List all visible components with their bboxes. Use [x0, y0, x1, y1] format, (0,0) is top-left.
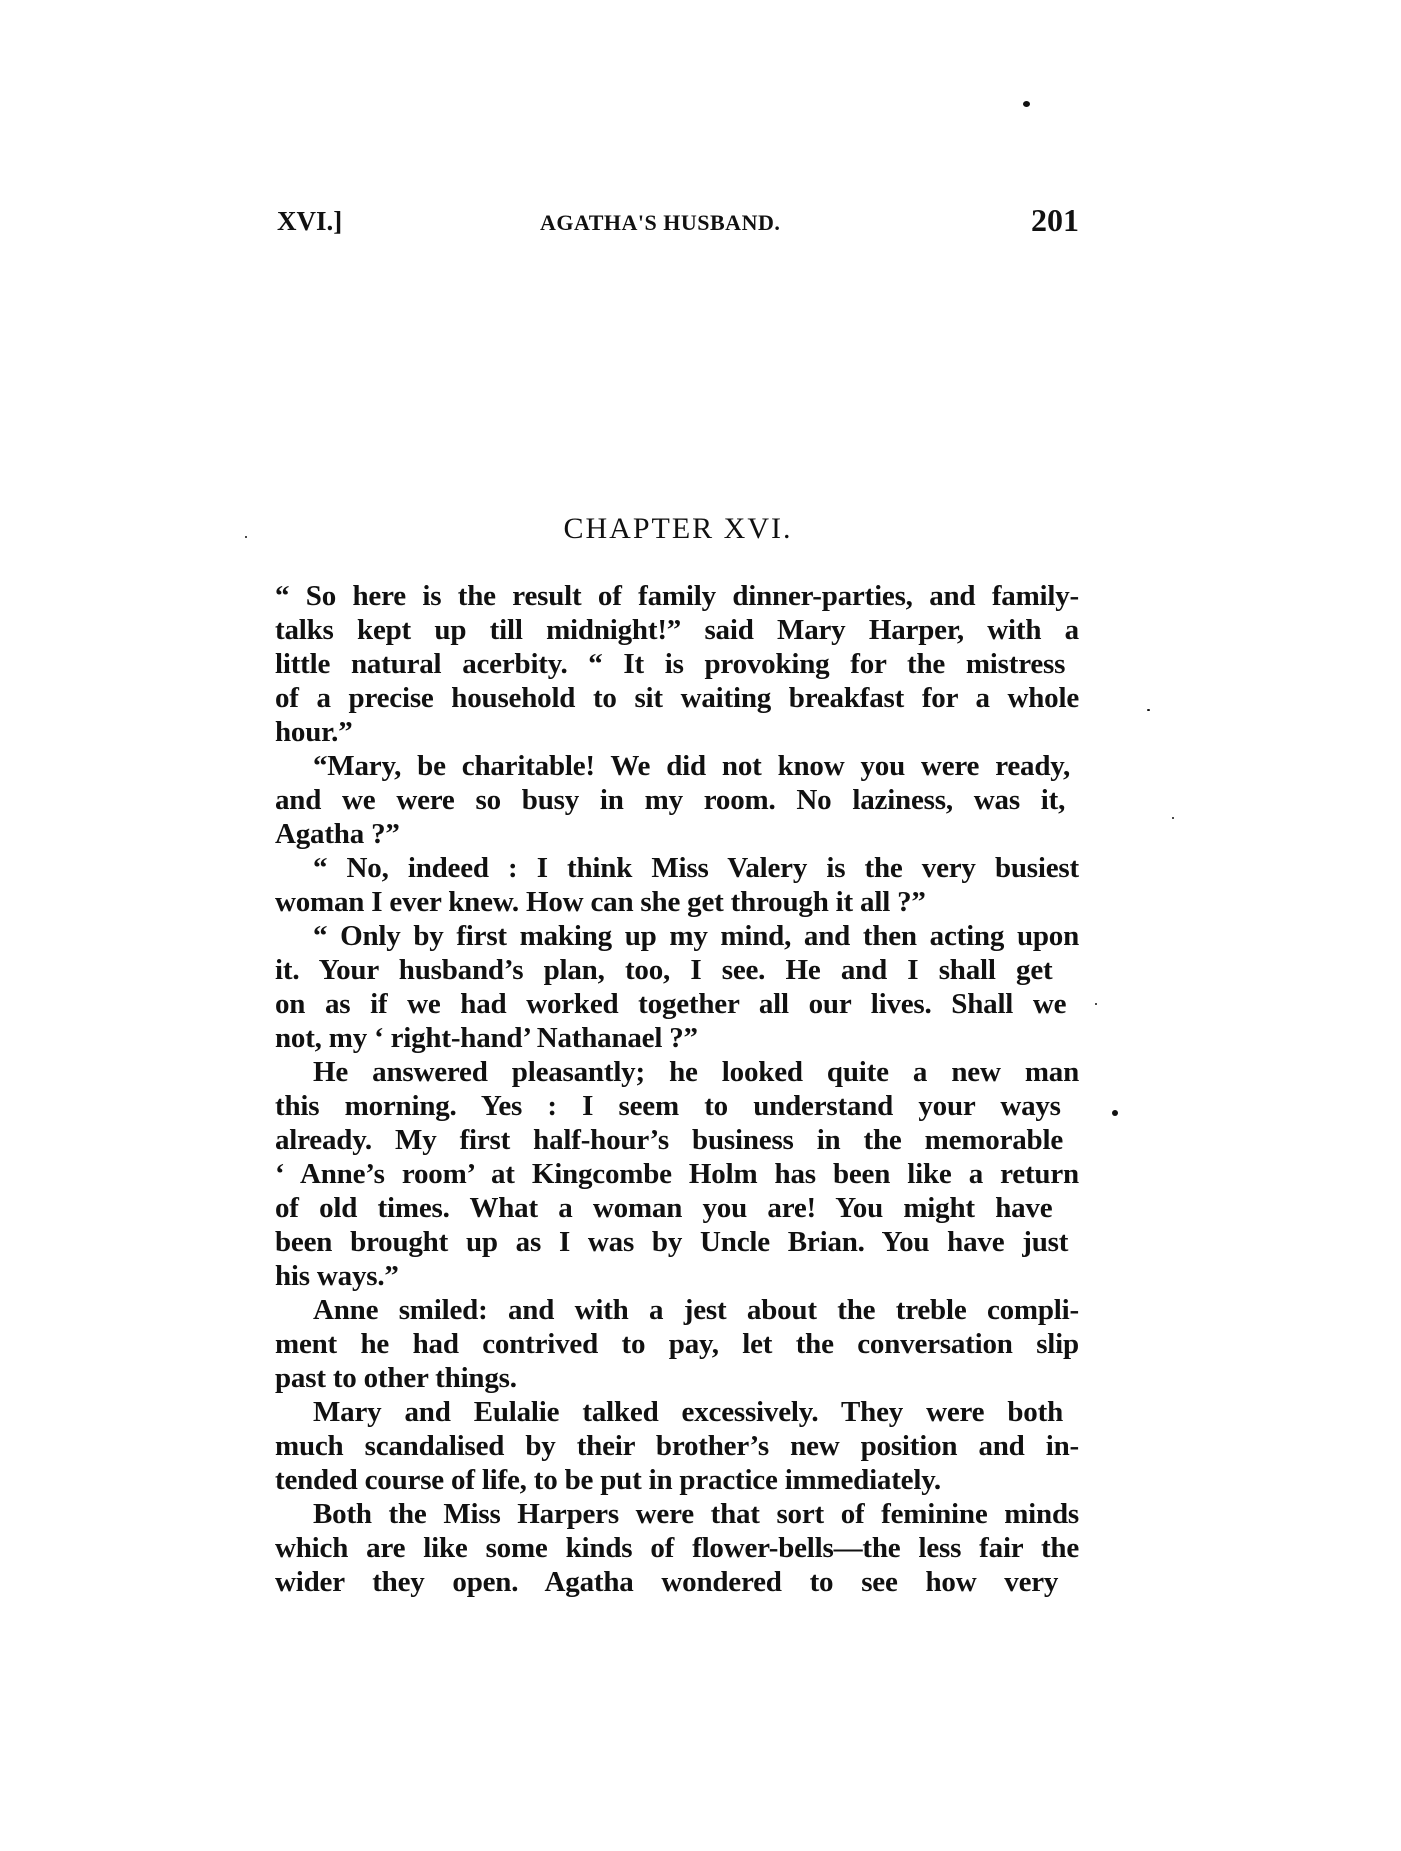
scan-speck [1147, 709, 1150, 711]
text-line: been brought up as I was by Uncle Brian.… [275, 1225, 1079, 1259]
text-line: not, my ‘ right-hand’ Nathanael ?” [275, 1021, 1079, 1055]
text-line: on as if we had worked together all our … [275, 987, 1079, 1021]
chapter-title: CHAPTER XVI. [277, 512, 1079, 546]
scan-speck [1095, 1003, 1097, 1005]
text-line: talks kept up till midnight!” said Mary … [275, 613, 1079, 647]
text-line: Both the Miss Harpers were that sort of … [275, 1497, 1079, 1531]
text-line: hour.” [275, 715, 1079, 749]
text-line: “ Only by first making up my mind, and t… [275, 919, 1079, 953]
text-line: “ No, indeed : I think Miss Valery is th… [275, 851, 1079, 885]
scan-speck [1023, 101, 1030, 107]
text-line: ‘ Anne’s room’ at Kingcombe Holm has bee… [275, 1157, 1079, 1191]
text-line: which are like some kinds of flower-bell… [275, 1531, 1079, 1565]
text-line: ment he had contrived to pay, let the co… [275, 1327, 1079, 1361]
text-line: of a precise household to sit waiting br… [275, 681, 1079, 715]
book-title: AGATHA'S HUSBAND. [540, 210, 780, 236]
text-line: Mary and Eulalie talked excessively. The… [275, 1395, 1079, 1429]
text-line: Anne smiled: and with a jest about the t… [275, 1293, 1079, 1327]
text-line: this morning. Yes : I seem to understand… [275, 1089, 1079, 1123]
text-line: tended course of life, to be put in prac… [275, 1463, 1079, 1497]
scan-speck [245, 536, 247, 538]
text-line: “Mary, be charitable! We did not know yo… [275, 749, 1079, 783]
text-line: little natural acerbity. “ It is provoki… [275, 647, 1079, 681]
text-line: and we were so busy in my room. No lazin… [275, 783, 1079, 817]
text-line: his ways.” [275, 1259, 1079, 1293]
text-line: wider they open. Agatha wondered to see … [275, 1565, 1079, 1599]
text-line: of old times. What a woman you are! You … [275, 1191, 1079, 1225]
text-line: woman I ever knew. How can she get throu… [275, 885, 1079, 919]
text-line: past to other things. [275, 1361, 1079, 1395]
book-page: XVI.] AGATHA'S HUSBAND. 201 CHAPTER XVI.… [0, 0, 1401, 1851]
chapter-numeral: XVI.] [277, 206, 342, 237]
body-text: “ So here is the result of family dinner… [275, 579, 1079, 1599]
text-line: much scandalised by their brother’s new … [275, 1429, 1079, 1463]
text-line: Agatha ?” [275, 817, 1079, 851]
text-line: it. Your husband’s plan, too, I see. He … [275, 953, 1079, 987]
text-line: He answered pleasantly; he looked quite … [275, 1055, 1079, 1089]
running-head: XVI.] AGATHA'S HUSBAND. 201 [277, 206, 1079, 246]
text-line: already. My first half-hour’s business i… [275, 1123, 1079, 1157]
scan-speck [1172, 817, 1174, 819]
scan-speck [1112, 1110, 1118, 1116]
text-line: “ So here is the result of family dinner… [275, 579, 1079, 613]
page-number: 201 [1031, 202, 1079, 239]
